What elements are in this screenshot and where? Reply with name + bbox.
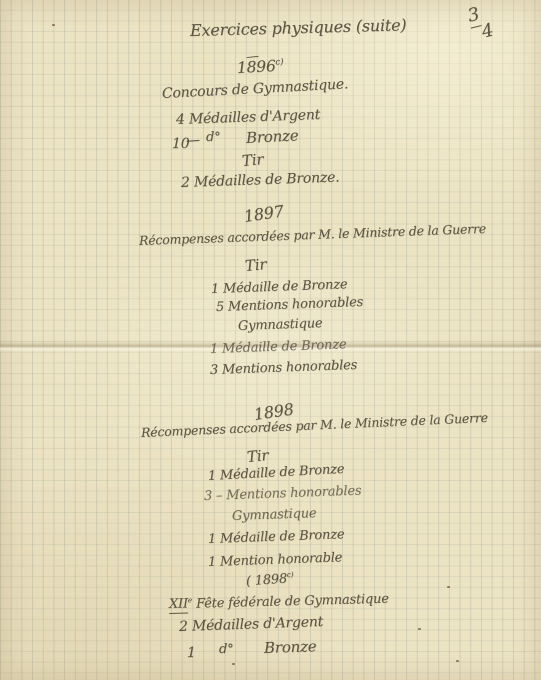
line-2-medailles-argent-fete: 2 Médailles d'Argent [179, 614, 324, 635]
line-tir-1896: Tir [241, 150, 264, 170]
text-segment: 4 Médailles d'Argent [176, 107, 321, 128]
text-segment: 1 Médaille de Bronze [208, 527, 345, 547]
text-segment: — [185, 132, 200, 149]
text-segment: Concours de Gymnastique. [162, 76, 349, 102]
line-year-note-1898: ( 1898c) [245, 570, 294, 590]
text-segment: Tir [241, 150, 264, 170]
line-recompenses-1898: Récompenses accordées par M. le Ministre… [141, 410, 488, 440]
line-1-medaille-bronze-tir-1897: 1 Médaille de Bronze [211, 277, 348, 297]
line-1-medaille-bronze-gym-1898: 1 Médaille de Bronze [208, 527, 345, 547]
line-4-medailles-argent: 4 Médailles d'Argent [176, 107, 321, 128]
line-fete-federale: XIIe Fête fédérale de Gymnastique [169, 590, 389, 612]
text-segment: 1 Médaille de Bronze [211, 277, 348, 297]
ditto-mark: d° [206, 130, 220, 145]
line-1-number-fete: 1 [187, 645, 196, 661]
text-segment: 1 Médaille de Bronze [208, 462, 345, 484]
line-gymnastique-1897: Gymnastique [238, 316, 323, 334]
line-gymnastique-1898: Gymnastique [232, 506, 317, 524]
line-3-mentions-honorables-1898: 3 – Mentions honorables [204, 484, 362, 504]
line-1-medaille-bronze-gym-1897: 1 Médaille de Bronze [210, 337, 347, 357]
text-segment: Gymnastique [238, 316, 323, 334]
text-segment: c) [275, 57, 284, 67]
text-segment: 1 [187, 645, 196, 661]
text-segment: Exercices physiques (suite) [190, 15, 407, 40]
line-2-medailles-bronze: 2 Médailles de Bronze. [181, 169, 340, 191]
text-segment: 1897 [243, 202, 285, 226]
ink-speck [232, 663, 235, 665]
text-segment: d° [206, 130, 220, 145]
text-segment: 4 [479, 20, 495, 43]
line-10-bronze: Bronze [246, 126, 299, 147]
text-segment: ( 1898 [246, 572, 288, 590]
line-recompenses-1897: Récompenses accordées par M. le Ministre… [139, 221, 486, 248]
page-title: Exercices physiques (suite) [190, 15, 407, 40]
text-segment: 1 Mention honorable [208, 550, 343, 570]
year-heading-1897: 1897 [243, 202, 285, 226]
text-segment: 2 Médailles d'Argent [179, 614, 324, 635]
line-1-mention-honorable-1898: 1 Mention honorable [208, 550, 343, 570]
text-segment: 5 Mentions honorables [216, 295, 364, 315]
line-1-medaille-bronze-tir-1898: 1 Médaille de Bronze [208, 462, 345, 484]
line-tir-1897: Tir [244, 255, 267, 275]
text-segment: XII [169, 597, 188, 614]
ink-speck [52, 24, 55, 26]
text-segment: d° [219, 642, 233, 657]
text-segment: Fête fédérale de Gymnastique [192, 592, 389, 612]
line-5-mentions-honorables-1897: 5 Mentions honorables [216, 295, 364, 315]
text-segment: 1896 [237, 57, 277, 77]
text-segment: Gymnastique [232, 506, 317, 524]
ink-speck [418, 628, 421, 630]
text-segment: Récompenses accordées par M. le Ministre… [141, 410, 488, 440]
ink-speck [447, 586, 450, 588]
text-segment: c) [286, 570, 293, 579]
text-segment: Tir [246, 446, 269, 466]
line-concours-gymnastique: Concours de Gymnastique. [162, 76, 349, 102]
text-segment: 3 Mentions honorables [210, 358, 358, 378]
text-segment: Récompenses accordées par M. le Ministre… [139, 221, 486, 248]
text-segment: 3 – Mentions honorables [204, 484, 362, 504]
line-3-mentions-honorables-1897: 3 Mentions honorables [210, 358, 358, 378]
page-number-denominator: 4 [479, 20, 495, 43]
text-segment: Bronze [264, 637, 317, 657]
text-segment: Tir [244, 255, 267, 275]
text-segment: 1 Médaille de Bronze [210, 337, 347, 357]
line-1-bronze-fete: Bronze [264, 637, 317, 657]
document-page: 34Exercices physiques (suite)—1896c)Conc… [0, 0, 541, 680]
ditto-mark-fete: d° [219, 642, 233, 657]
line-tir-1898: Tir [246, 446, 269, 466]
year-heading-1896: 1896c) [237, 57, 285, 77]
ink-speck [456, 660, 459, 662]
ditto-dash: — [185, 132, 200, 149]
text-segment: 2 Médailles de Bronze. [181, 169, 340, 191]
text-segment: Bronze [246, 126, 299, 147]
